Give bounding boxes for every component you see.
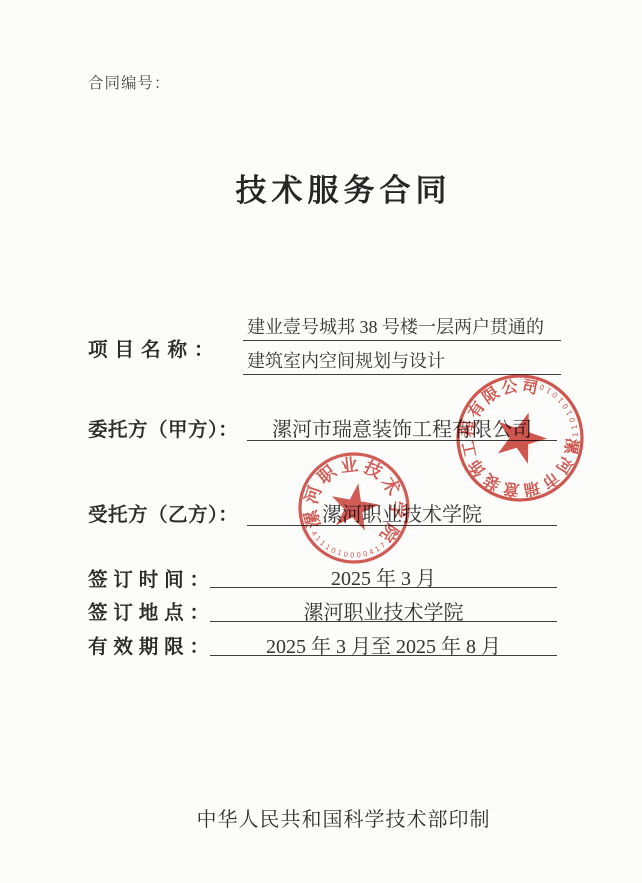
- school-seal-serial-digit: 0: [343, 550, 349, 559]
- footer-printed-by: 中华人民共和国科学技术部印制: [45, 803, 642, 832]
- school-seal-serial-digit: 1: [324, 543, 332, 552]
- signing-place-label: 签 订 地 点 ：: [88, 597, 210, 625]
- school-seal-serial-digit: 0: [330, 546, 338, 555]
- company-seal-text-char: 漯: [561, 437, 582, 457]
- trustee-party-b-label: 受托方（乙方）：: [88, 499, 238, 527]
- company-seal-serial-digit: 0: [550, 390, 560, 400]
- school-seal-text-char: 职: [314, 461, 341, 488]
- contract-number-label: 合同编号：: [88, 71, 171, 93]
- validity-period-value: 2025 年 3 月至 2025 年 8 月: [210, 630, 557, 656]
- school-seal-serial-digit: 1: [318, 539, 327, 548]
- company-seal-serial-digit: 1: [544, 385, 553, 395]
- project-name-value-line1: 建业壹号城邦 38 号楼一层两户贯通的: [243, 313, 561, 341]
- signing-date-value: 2025 年 3 月: [210, 562, 557, 588]
- validity-period-label: 有 效 期 限 ：: [88, 631, 210, 659]
- school-seal-serial-digit: 1: [336, 549, 343, 558]
- company-seal-serial-digit: 1: [570, 424, 580, 431]
- project-name-value-line2: 建筑室内空间规划与设计: [243, 347, 561, 375]
- company-seal-serial-digit: 1: [571, 439, 580, 445]
- client-party-a-value: 漯河市瑞意装饰工程有限公司: [247, 413, 557, 441]
- company-seal-serial-digit: 1: [564, 408, 574, 417]
- school-seal-serial-digit: 1: [313, 535, 322, 544]
- signing-place-value: 漯河职业技术学院: [210, 596, 557, 622]
- project-name-label: 项目名称：: [88, 334, 221, 362]
- company-seal-text-char: 工: [460, 439, 480, 458]
- school-seal-serial-digit: 4: [368, 547, 376, 556]
- company-seal-text-char: 公: [500, 377, 520, 398]
- company-seal-serial-digit: 4: [531, 379, 538, 389]
- company-seal-text-char: 河: [552, 453, 576, 476]
- company-seal-text-char: 瑞: [522, 478, 542, 500]
- company-seal-serial-digit: 1: [556, 395, 566, 405]
- company-seal-text-char: 市: [538, 468, 562, 493]
- school-seal-serial-digit: 0: [362, 550, 368, 559]
- school-seal-text-char: 技: [360, 456, 386, 482]
- school-seal-serial-digit: 7: [379, 541, 387, 550]
- school-seal-text-char: 业: [339, 454, 359, 476]
- company-seal-serial-digit: 3: [524, 378, 530, 388]
- signing-date-label: 签 订 时 间 ：: [88, 564, 210, 592]
- company-seal-text-char: 司: [520, 376, 539, 398]
- company-seal-serial-digit: 4: [569, 446, 579, 453]
- company-seal-serial-digit: 0: [538, 382, 546, 392]
- company-seal-text-char: 意: [502, 479, 521, 500]
- company-seal-serial-digit: 0: [560, 401, 570, 410]
- school-seal-text-char: 术: [377, 473, 404, 500]
- company-seal-text-char: 装: [481, 470, 504, 494]
- company-seal-text-char: 限: [479, 383, 503, 408]
- company-seal-serial-digit: 0: [567, 416, 577, 424]
- trustee-party-b-value: 漯河职业技术学院: [247, 498, 557, 526]
- company-seal-serial-digit: 1: [571, 432, 580, 438]
- company-seal-text-char: 饰: [465, 456, 490, 480]
- school-seal-serial-digit: 0: [356, 551, 361, 559]
- school-seal-serial-digit: 1: [374, 545, 382, 554]
- client-party-a-label: 委托方（甲方）：: [88, 414, 238, 442]
- document-title: 技术服务合同: [45, 165, 642, 210]
- school-seal-serial-digit: 0: [350, 551, 355, 559]
- scanned-contract-page: 合同编号： 技术服务合同 项目名称： 建业壹号城邦 38 号楼一层两户贯通的 建…: [0, 0, 642, 883]
- school-seal-serial-digit: 4: [309, 529, 318, 538]
